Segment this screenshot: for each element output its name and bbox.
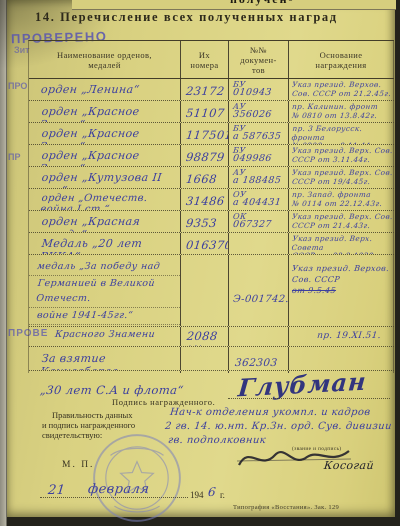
table-header-row: Наименование орденов, медалей Их номера … bbox=[29, 41, 394, 79]
award-name: Красного Знамени bbox=[54, 329, 155, 340]
award-name: За взятие Кенигсберга bbox=[40, 352, 180, 370]
date-month: февраля bbox=[87, 482, 150, 497]
stamp-fragment-1: ПРО bbox=[8, 81, 27, 91]
award-name: орден „Отечеств. война I ст.“ bbox=[40, 193, 179, 210]
doc-number: а 587635 bbox=[233, 133, 282, 141]
award-name: орден „Красное Знамя“ bbox=[40, 149, 180, 166]
stamp-fragment-2: ПР bbox=[8, 152, 20, 162]
award-row: орден „Ленина“ 23172 БУ010943 Указ прези… bbox=[29, 79, 394, 101]
basis-line2: Сов. СССР bbox=[291, 274, 340, 285]
basis-line2: СССР от 3.11.44г. bbox=[292, 156, 371, 165]
header-award-name: Наименование орденов, медалей bbox=[29, 41, 181, 78]
basis-line2: № 0810 от 13.8.42г. bbox=[292, 112, 378, 121]
awards-table: Наименование орденов, медалей Их номера … bbox=[28, 40, 394, 373]
cert-handwritten-line2: 2 гв. 14. ю.нт. Кр.Зн. орд. Сув. дивизии bbox=[164, 421, 392, 432]
previous-card-edge: получен- bbox=[72, 0, 396, 10]
doc-number: 067327 bbox=[233, 221, 273, 229]
date-fill-line bbox=[40, 497, 188, 498]
award-row-tall: медаль „За победу над Германией в Велико… bbox=[29, 255, 394, 327]
date-year-handwritten: 6 bbox=[207, 485, 217, 499]
header-basis: Основание награждения bbox=[289, 41, 394, 78]
award-name-line1: медаль „За победу над bbox=[36, 259, 161, 274]
award-name: Медаль „20 лет РККА“ bbox=[40, 237, 180, 254]
doc-number: а 188485 bbox=[233, 177, 282, 185]
basis-line1: пр. 19.XI.51. bbox=[317, 332, 382, 341]
award-row: орден „Красная звезда“ 9353 ОК067327 Ука… bbox=[29, 211, 394, 233]
officer-name-signature: Косогай bbox=[323, 459, 374, 472]
header-number: Их номера bbox=[181, 41, 229, 78]
doc-number: Э-001742. bbox=[229, 294, 289, 305]
award-row: орден „Отечеств. война I ст.“ 31486 ОУа … bbox=[29, 189, 394, 211]
award-name-line2: Германией в Великой Отечест. bbox=[35, 276, 181, 306]
document-scan: получен- 14. Перечисление всех полученны… bbox=[0, 0, 400, 526]
basis-line2: СССР от 21.4.43г. bbox=[292, 222, 371, 231]
doc-number: а 404431 bbox=[233, 199, 282, 207]
award-number: 016370 bbox=[185, 238, 229, 252]
award-name-line3: войне 1941-45гг.“ bbox=[36, 308, 134, 323]
award-name: орден „Кутузова II ст.“ bbox=[40, 171, 180, 188]
award-name: орден „Ленина“ bbox=[40, 83, 140, 96]
award-number: 9353 bbox=[185, 216, 217, 230]
basis-line2: Сов. СССР от 21.2.45г. bbox=[292, 90, 392, 99]
date-year-suffix: г. bbox=[220, 490, 225, 500]
award-number: 51107 bbox=[185, 106, 225, 120]
award-name: орден „Красное Знамя“ bbox=[40, 127, 180, 144]
doc-number: 049986 bbox=[233, 155, 273, 163]
award-row: орден „Красное Знамя“ 98879 БУ049986 Ука… bbox=[29, 145, 394, 167]
basis-line1: Указ презид. Верхов. bbox=[291, 263, 389, 274]
basis-line1: Указ презид. Верх. Совета bbox=[291, 235, 394, 252]
award-number: 98879 bbox=[185, 150, 225, 164]
date-day: 21 bbox=[47, 483, 66, 498]
award-row: орден „Кутузова II ст.“ 1668 АУа 188485 … bbox=[29, 167, 394, 189]
award-row: орден „Красное Знамя“ 117501 БУа 587635 … bbox=[29, 123, 394, 145]
award-row: Медаль „20 лет РККА“ 016370 Указ презид.… bbox=[29, 233, 394, 255]
award-number: 2088 (4) bbox=[185, 329, 229, 346]
basis-line1: пр. 3 Белорусск. фронта bbox=[291, 125, 394, 142]
basis-line2: № 0114 от 22.12.43г. bbox=[292, 200, 383, 209]
doc-number: 010943 bbox=[233, 89, 273, 97]
form-title: 14. Перечисление всех полученных наград bbox=[35, 10, 338, 25]
award-name: орден „Красное Знамя“ bbox=[40, 105, 180, 122]
award-number: 31486 bbox=[185, 194, 225, 208]
award-row: орден „Красное Знамя“ 51107 АУ356026 пр.… bbox=[29, 101, 394, 123]
basis-line2: СССР от 19/4.45г. bbox=[292, 178, 371, 187]
award-row: Красного Знамени 2088 (4) пр. 19.XI.51. bbox=[29, 327, 394, 347]
cutoff-text: получен- bbox=[230, 0, 295, 7]
award-number: 23172 bbox=[185, 84, 225, 98]
doc-number: 356026 bbox=[233, 111, 273, 119]
printer-note: Типография «Восстания». Зак. 129 bbox=[233, 504, 339, 511]
award-number: 117501 bbox=[185, 128, 229, 142]
basis-line2: № 0209 от 8.11.44г. bbox=[292, 142, 378, 144]
round-seal-stamp bbox=[78, 432, 196, 524]
cert-printed-line2: и подпись награжденного bbox=[42, 420, 135, 430]
signature-line bbox=[228, 398, 390, 399]
awardee-signature-label: Подпись награжденного. bbox=[112, 397, 215, 407]
basis-line2: СССР от 22.2.1938г. bbox=[292, 252, 381, 254]
extra-award-entry: „30 лет С.А и флота“ bbox=[39, 383, 184, 397]
cert-printed-line1: Правильность данных bbox=[52, 410, 133, 420]
basis-line3-struck: от 9.5.45 bbox=[291, 285, 336, 296]
doc-number: 362303 bbox=[229, 357, 278, 369]
award-name: орден „Красная звезда“ bbox=[40, 215, 180, 232]
cert-handwritten-line1: Нач-к отделения укомпл. и кадров bbox=[169, 407, 371, 418]
header-document: №№ докумен- тов bbox=[229, 41, 289, 78]
date-year-printed: 194 bbox=[190, 490, 204, 500]
award-number: 1668 bbox=[185, 172, 217, 186]
